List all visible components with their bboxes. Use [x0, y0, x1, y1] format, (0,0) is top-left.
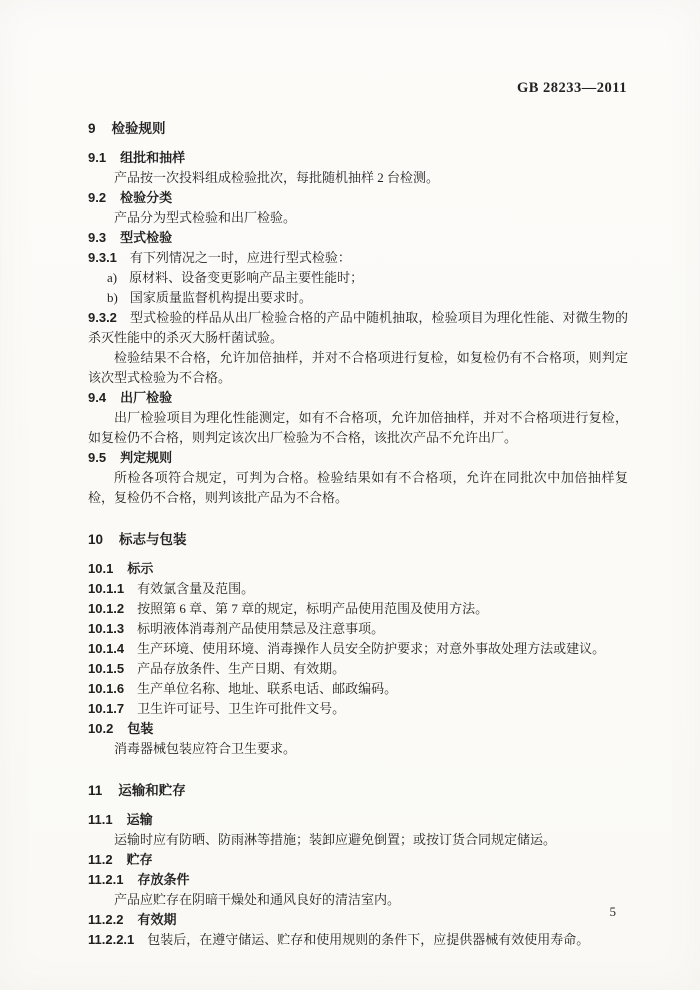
- clause-paragraph: 9.3.2型式检验的样品从出厂检验合格的产品中随机抽取，检验项目为理化性能、对微…: [88, 308, 628, 348]
- clause-paragraph: 10.1.7卫生许可证号、卫生许可批件文号。: [88, 699, 628, 719]
- clause-title: 组批和抽样: [120, 150, 185, 165]
- chapter-heading: 10标志与包装: [88, 530, 628, 550]
- body-paragraph: 所检各项符合规定，可判为合格。检验结果如有不合格项，允许在同批次中加倍抽样复检，…: [88, 468, 628, 508]
- clause-title: 检验规则: [112, 121, 166, 136]
- clause-number: 9.2: [88, 190, 106, 205]
- body-paragraph: 产品应贮存在阴暗干燥处和通风良好的清洁室内。: [88, 890, 628, 910]
- clause-number: 11: [88, 783, 102, 798]
- clause-number: 9.3.1: [88, 250, 117, 265]
- clause-number: 9: [88, 121, 96, 136]
- section-heading: 11.2.1存放条件: [88, 870, 628, 890]
- clause-title: 存放条件: [137, 872, 189, 887]
- section-heading: 9.1组批和抽样: [88, 148, 628, 168]
- clause-title: 贮存: [127, 852, 153, 867]
- page-number: 5: [610, 904, 617, 920]
- body-paragraph: 运输时应有防晒、防雨淋等措施；装卸应避免倒置；或按订货合同规定储运。: [88, 830, 628, 850]
- clause-title: 有效期: [137, 912, 176, 927]
- chapter-heading: 11运输和贮存: [88, 781, 628, 801]
- clause-paragraph: 10.1.5产品存放条件、生产日期、有效期。: [88, 659, 628, 679]
- clause-paragraph: 9.3.1有下列情况之一时，应进行型式检验：: [88, 248, 628, 268]
- clause-text: 生产环境、使用环境、消毒操作人员安全防护要求；对意外事故处理方法或建议。: [137, 641, 605, 656]
- list-label: a): [107, 270, 117, 285]
- document-content: 9检验规则9.1组批和抽样产品按一次投料组成检验批次，每批随机抽样 2 台检测。…: [88, 97, 628, 950]
- clause-number: 11.2.1: [88, 872, 123, 887]
- clause-number: 10.1.6: [88, 681, 124, 696]
- clause-number: 10.2: [88, 721, 113, 736]
- clause-number: 10: [88, 532, 103, 547]
- clause-text: 标明液体消毒剂产品使用禁忌及注意事项。: [137, 621, 384, 636]
- section-heading: 9.2检验分类: [88, 188, 628, 208]
- clause-number: 10.1.7: [88, 701, 124, 716]
- clause-text: 包装后，在遵守储运、贮存和使用规则的条件下，应提供器械有效使用寿命。: [147, 932, 589, 947]
- clause-number: 9.3: [88, 230, 106, 245]
- list-label: b): [107, 290, 118, 305]
- section-heading: 10.2包装: [88, 719, 628, 739]
- clause-number: 9.4: [88, 390, 106, 405]
- clause-title: 标示: [127, 561, 153, 576]
- clause-title: 检验分类: [120, 190, 172, 205]
- section-heading: 11.2贮存: [88, 850, 628, 870]
- body-paragraph: 产品按一次投料组成检验批次，每批随机抽样 2 台检测。: [88, 168, 628, 188]
- list-text: 国家质量监督机构提出要求时。: [130, 290, 312, 305]
- clause-text: 产品存放条件、生产日期、有效期。: [137, 661, 345, 676]
- body-paragraph: 产品分为型式检验和出厂检验。: [88, 208, 628, 228]
- clause-text: 型式检验的样品从出厂检验合格的产品中随机抽取，检验项目为理化性能、对微生物的杀灭…: [88, 310, 628, 345]
- clause-title: 运输和贮存: [118, 783, 186, 798]
- clause-number: 9.1: [88, 150, 106, 165]
- clause-number: 10.1.5: [88, 661, 124, 676]
- list-text: 原材料、设备变更影响产品主要性能时；: [129, 270, 363, 285]
- clause-text: 有下列情况之一时，应进行型式检验：: [130, 250, 351, 265]
- section-heading: 11.2.2有效期: [88, 910, 628, 930]
- scanned-standard-page: GB 28233—2011 9检验规则9.1组批和抽样产品按一次投料组成检验批次…: [0, 0, 700, 990]
- clause-number: 9.3.2: [88, 310, 117, 325]
- section-heading: 9.3型式检验: [88, 228, 628, 248]
- section-heading: 9.4出厂检验: [88, 388, 628, 408]
- body-paragraph: 消毒器械包装应符合卫生要求。: [88, 739, 628, 759]
- clause-paragraph: 10.1.1有效氯含量及范围。: [88, 579, 628, 599]
- clause-number: 11.2.2.1: [88, 932, 134, 947]
- clause-number: 10.1: [88, 561, 113, 576]
- section-heading: 9.5判定规则: [88, 448, 628, 468]
- body-paragraph: 出厂检验项目为理化性能测定，如有不合格项，允许加倍抽样，并对不合格项进行复检，如…: [88, 408, 628, 448]
- clause-number: 10.1.4: [88, 641, 124, 656]
- clause-title: 标志与包装: [119, 532, 187, 547]
- clause-title: 型式检验: [120, 230, 172, 245]
- standard-number-header: GB 28233—2011: [517, 80, 627, 97]
- list-item: b)国家质量监督机构提出要求时。: [88, 288, 628, 308]
- clause-title: 出厂检验: [120, 390, 172, 405]
- clause-paragraph: 10.1.3标明液体消毒剂产品使用禁忌及注意事项。: [88, 619, 628, 639]
- clause-text: 有效氯含量及范围。: [137, 581, 254, 596]
- clause-title: 判定规则: [120, 450, 172, 465]
- clause-number: 9.5: [88, 450, 106, 465]
- clause-paragraph: 10.1.6生产单位名称、地址、联系电话、邮政编码。: [88, 679, 628, 699]
- clause-paragraph: 11.2.2.1包装后，在遵守储运、贮存和使用规则的条件下，应提供器械有效使用寿…: [88, 930, 628, 950]
- section-heading: 10.1标示: [88, 559, 628, 579]
- clause-number: 10.1.2: [88, 601, 124, 616]
- list-item: a)原材料、设备变更影响产品主要性能时；: [88, 268, 628, 288]
- clause-number: 11.1: [88, 812, 113, 827]
- clause-text: 卫生许可证号、卫生许可批件文号。: [137, 701, 345, 716]
- section-heading: 11.1运输: [88, 810, 628, 830]
- clause-text: 生产单位名称、地址、联系电话、邮政编码。: [137, 681, 397, 696]
- body-paragraph: 检验结果不合格，允许加倍抽样，并对不合格项进行复检，如复检仍有不合格项，则判定该…: [88, 348, 628, 388]
- clause-title: 运输: [127, 812, 153, 827]
- clause-number: 11.2.2: [88, 912, 123, 927]
- clause-number: 10.1.3: [88, 621, 124, 636]
- clause-text: 按照第 6 章、第 7 章的规定，标明产品使用范围及使用方法。: [137, 601, 488, 616]
- chapter-heading: 9检验规则: [88, 119, 628, 139]
- clause-paragraph: 10.1.4生产环境、使用环境、消毒操作人员安全防护要求；对意外事故处理方法或建…: [88, 639, 628, 659]
- clause-title: 包装: [127, 721, 153, 736]
- clause-paragraph: 10.1.2按照第 6 章、第 7 章的规定，标明产品使用范围及使用方法。: [88, 599, 628, 619]
- clause-number: 11.2: [88, 852, 113, 867]
- clause-number: 10.1.1: [88, 581, 124, 596]
